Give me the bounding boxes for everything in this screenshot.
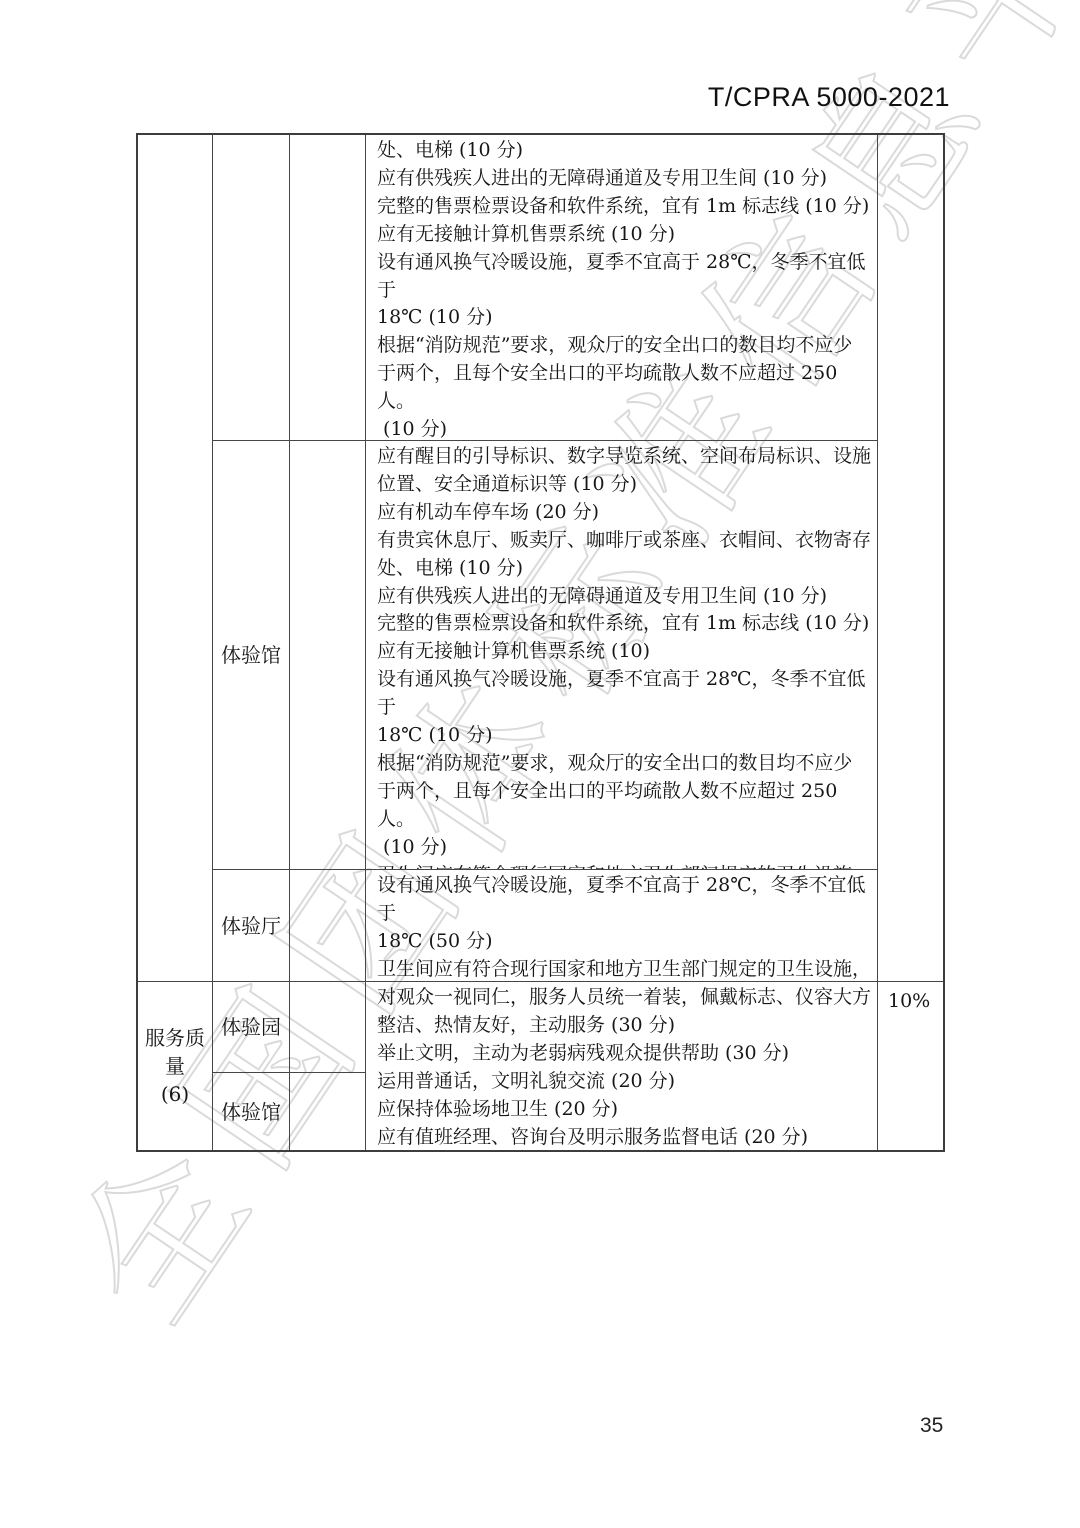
criteria-line: 设有通风换气冷暖设施，夏季不宜高于 28℃，冬季不宜低于 — [377, 249, 871, 305]
venue-cell-hall-2: 体验馆 — [213, 1073, 290, 1150]
criteria-line: 18℃ (10 分) — [377, 722, 871, 750]
venue-label: 体验馆 — [221, 1098, 281, 1126]
weight-cell-service: 10% — [878, 982, 943, 1150]
category-weight-count: (6) — [161, 1080, 189, 1108]
criteria-line: 18℃ (10 分) — [377, 304, 871, 332]
criteria-line: 应有值班经理、咨询台及明示服务监督电话 (20 分) — [377, 1124, 871, 1150]
criteria-line: 根据“消防规范”要求，观众厅的安全出口的数目均不应少 — [377, 332, 871, 360]
criteria-line: 卫生间应有符合现行国家和地方卫生部门规定的卫生设施， — [377, 956, 871, 982]
criteria-line: 设有通风换气冷暖设施，夏季不宜高于 28℃，冬季不宜低于 — [377, 872, 871, 928]
criteria-line: 运用普通话，文明礼貌交流 (20 分) — [377, 1068, 871, 1096]
page-number: 35 — [920, 1414, 943, 1438]
criteria-line: 举止文明，主动为老弱病残观众提供帮助 (30 分) — [377, 1040, 871, 1068]
venue-label: 体验馆 — [221, 641, 281, 669]
criteria-cell-ting: 设有通风换气冷暖设施，夏季不宜高于 28℃，冬季不宜低于18℃ (50 分)卫生… — [366, 870, 878, 982]
criteria-line: 应有供残疾人进出的无障碍通道及专用卫生间 (10 分) — [377, 165, 871, 193]
criteria-line: 完整的售票检票设备和软件系统，宜有 1m 标志线 (10 分) — [377, 193, 871, 221]
criteria-line: 18℃ (50 分) — [377, 928, 871, 956]
document-page: { "page": { "header": "T/CPRA 5000-2021"… — [0, 0, 1080, 1528]
criteria-line: 处、电梯 (10 分) — [377, 137, 871, 165]
criteria-cell-hall: 应有醒目的引导标识、数字导览系统、空间布局标识、设施位置、安全通道标识等 (10… — [366, 441, 878, 870]
criteria-line: 于两个，且每个安全出口的平均疏散人数不应超过 250 人。 — [377, 778, 871, 834]
venue-cell-continued — [213, 135, 290, 441]
subcol-cell-empty-3 — [290, 870, 366, 982]
criteria-line: 应有机动车停车场 (20 分) — [377, 499, 871, 527]
venue-label: 体验园 — [221, 1013, 281, 1041]
criteria-line: 处、电梯 (10 分) — [377, 555, 871, 583]
venue-cell-park: 体验园 — [213, 982, 290, 1073]
category-cell-service-quality: 服务质量 (6) — [138, 982, 213, 1150]
category-label: 服务质量 — [138, 1024, 212, 1080]
criteria-line: 有贵宾休息厅、贩卖厅、咖啡厅或茶座、衣帽间、衣物寄存 — [377, 527, 871, 555]
criteria-line: 应有无接触计算机售票系统 (10) — [377, 638, 871, 666]
criteria-line: 对观众一视同仁，服务人员统一着装，佩戴标志、仪容大方 — [377, 984, 871, 1012]
weight-cell-continued — [878, 135, 943, 982]
criteria-line: (10 分) — [377, 834, 871, 862]
criteria-line: 卫生间应有符合现行国家和地方卫生部门规定的卫生设施， — [377, 862, 871, 870]
weight-value: 10% — [888, 990, 930, 1012]
criteria-line: 整洁、热情友好，主动服务 (30 分) — [377, 1012, 871, 1040]
criteria-cell-continued: 处、电梯 (10 分)应有供残疾人进出的无障碍通道及专用卫生间 (10 分)完整… — [366, 135, 878, 441]
subcol-cell-empty-4 — [290, 982, 366, 1073]
subcol-cell-empty-1 — [290, 135, 366, 441]
document-header: T/CPRA 5000-2021 — [0, 82, 950, 113]
criteria-line: (10 分) — [377, 416, 871, 441]
subcol-cell-empty-2 — [290, 441, 366, 870]
venue-cell-hall: 体验馆 — [213, 441, 290, 870]
criteria-table: 服务质量 (6) 体验馆 体验厅 体验园 体验馆 处、电梯 (10 分)应有供残… — [136, 133, 945, 1152]
criteria-line: 完整的售票检票设备和软件系统，宜有 1m 标志线 (10 分) — [377, 610, 871, 638]
subcol-cell-empty-5 — [290, 1073, 366, 1150]
venue-cell-ting: 体验厅 — [213, 870, 290, 982]
criteria-line: 应有无接触计算机售票系统 (10 分) — [377, 221, 871, 249]
criteria-line: 应保持体验场地卫生 (20 分) — [377, 1096, 871, 1124]
criteria-line: 位置、安全通道标识等 (10 分) — [377, 471, 871, 499]
criteria-line: 于两个，且每个安全出口的平均疏散人数不应超过 250 人。 — [377, 360, 871, 416]
criteria-cell-service: 对观众一视同仁，服务人员统一着装，佩戴标志、仪容大方整洁、热情友好，主动服务 (… — [366, 982, 878, 1150]
venue-label: 体验厅 — [221, 912, 281, 940]
criteria-line: 应有供残疾人进出的无障碍通道及专用卫生间 (10 分) — [377, 583, 871, 611]
criteria-line: 应有醒目的引导标识、数字导览系统、空间布局标识、设施 — [377, 443, 871, 471]
criteria-line: 设有通风换气冷暖设施，夏季不宜高于 28℃，冬季不宜低于 — [377, 666, 871, 722]
criteria-line: 根据“消防规范”要求，观众厅的安全出口的数目均不应少 — [377, 750, 871, 778]
category-cell-continued — [138, 135, 213, 982]
